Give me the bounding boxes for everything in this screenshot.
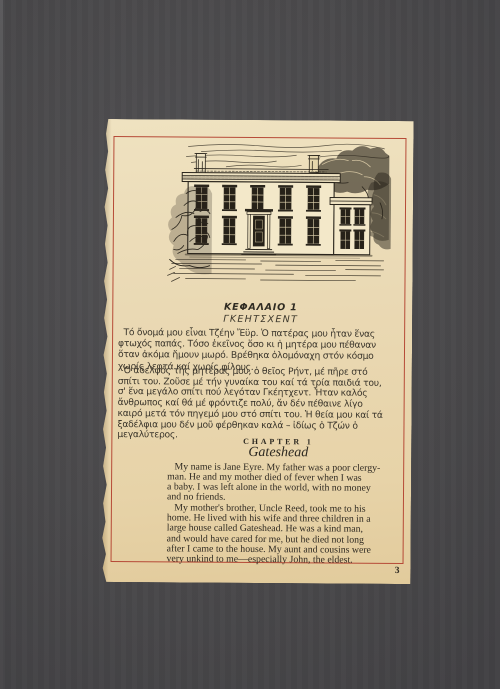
- page-number: 3: [395, 566, 400, 576]
- greek-chapter-title: ΓΚΕΗΤΣΧΕΝΤ: [118, 313, 403, 326]
- english-paragraph-1: My name is Jane Eyre. My father was a po…: [167, 462, 380, 504]
- right-wing: [330, 198, 372, 255]
- greek-paragraph-2: Ὁ ἀδελφός τῆς μητέρας μου, ὁ θεῖος Ρήντ,…: [117, 366, 383, 443]
- english-chapter-title: Gateshead: [167, 444, 389, 462]
- english-paragraph-2: My mother's brother, Uncle Reed, took me…: [167, 503, 372, 566]
- photo-backdrop: ΚΕΦΑΛΑΙΟ 1 ΓΚΕΗΤΣΧΕΝΤ Τό ὄνομά μου εἶναι…: [0, 0, 500, 689]
- book-page: ΚΕΦΑΛΑΙΟ 1 ΓΚΕΗΤΣΧΕΝΤ Τό ὄνομά μου εἶναι…: [101, 119, 413, 584]
- greek-chapter-label: ΚΕΦΑΛΑΙΟ 1: [118, 301, 403, 314]
- gateshead-house-illustration: [165, 141, 391, 284]
- bush-left: [168, 185, 212, 275]
